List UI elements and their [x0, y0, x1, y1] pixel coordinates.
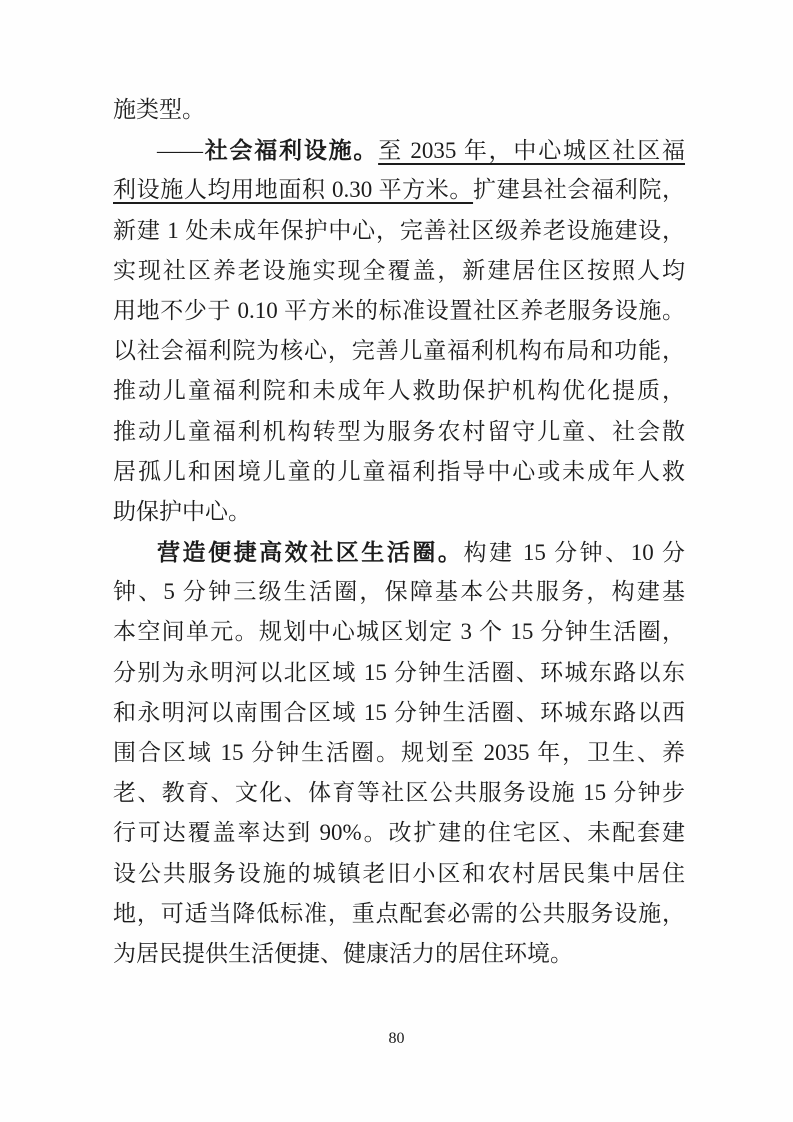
- body-text: 为居民提供生活便捷、健康活力的居住环境。: [113, 941, 573, 966]
- body-text: 新建 1 处未成年保护中心，完善社区级养老设施建设，: [113, 218, 685, 243]
- body-text: 助保护中心。: [113, 499, 251, 524]
- body-text: 推动儿童福利院和未成年人救助保护机构优化提质，: [113, 378, 685, 403]
- text-line: 居孤儿和困境儿童的儿童福利指导中心或未成年人救: [113, 452, 685, 492]
- body-text: 实现社区养老设施实现全覆盖，新建居住区按照人均: [113, 258, 685, 283]
- text-line: 和永明河以南围合区域 15 分钟生活圈、环城东路以西: [113, 693, 685, 733]
- text-line: 钟、5 分钟三级生活圈，保障基本公共服务，构建基: [113, 572, 685, 612]
- text-line: 新建 1 处未成年保护中心，完善社区级养老设施建设，: [113, 211, 685, 251]
- text-line: 推动儿童福利院和未成年人救助保护机构优化提质，: [113, 371, 685, 411]
- body-text: 行可达覆盖率达到 90%。改扩建的住宅区、未配套建: [113, 820, 685, 845]
- page-footer: 80: [0, 1030, 793, 1048]
- body-text: ——: [157, 138, 203, 163]
- text-line: ——社会福利设施。至 2035 年，中心城区社区福: [113, 130, 685, 170]
- text-line: 利设施人均用地面积 0.30 平方米。扩建县社会福利院，: [113, 170, 685, 210]
- text-line: 围合区域 15 分钟生活圈。规划至 2035 年，卫生、养: [113, 733, 685, 773]
- text-line: 老、教育、文化、体育等社区公共服务设施 15 分钟步: [113, 773, 685, 813]
- section-heading-text: 营造便捷高效社区生活圈。: [157, 539, 463, 565]
- text-line: 推动儿童福利机构转型为服务农村留守儿童、社会散: [113, 412, 685, 452]
- text-line: 施类型。: [113, 90, 685, 130]
- text-line: 设公共服务设施的城镇老旧小区和农村居民集中居住: [113, 854, 685, 894]
- body-text: 和永明河以南围合区域 15 分钟生活圈、环城东路以西: [113, 700, 685, 725]
- body-text: 围合区域 15 分钟生活圈。规划至 2035 年，卫生、养: [113, 740, 685, 765]
- paragraph-social-welfare-facilities: ——社会福利设施。至 2035 年，中心城区社区福利设施人均用地面积 0.30 …: [113, 130, 685, 532]
- document-page: { "document": { "colors": { "ink": "#1c1…: [0, 0, 793, 1122]
- body-text: 设公共服务设施的城镇老旧小区和农村居民集中居住: [113, 861, 685, 886]
- text-line: 助保护中心。: [113, 492, 685, 532]
- text-line: 营造便捷高效社区生活圈。构建 15 分钟、10 分: [113, 532, 685, 572]
- body-text: 居孤儿和困境儿童的儿童福利指导中心或未成年人救: [113, 459, 685, 484]
- body-text: 施类型。: [113, 97, 205, 122]
- paragraph-community-life-circle: 营造便捷高效社区生活圈。构建 15 分钟、10 分钟、5 分钟三级生活圈，保障基…: [113, 532, 685, 974]
- page-number: 80: [389, 1030, 405, 1048]
- text-line: 用地不少于 0.10 平方米的标准设置社区养老服务设施。: [113, 291, 685, 331]
- body-text: 推动儿童福利机构转型为服务农村留守儿童、社会散: [113, 419, 685, 444]
- page-background: 施类型。——社会福利设施。至 2035 年，中心城区社区福利设施人均用地面积 0…: [0, 0, 793, 1122]
- body-text: 老、教育、文化、体育等社区公共服务设施 15 分钟步: [113, 780, 685, 805]
- text-line: 实现社区养老设施实现全覆盖，新建居住区按照人均: [113, 251, 685, 291]
- body-text: 分别为永明河以北区域 15 分钟生活圈、环城东路以东: [113, 660, 685, 685]
- paragraph-continuation: 施类型。: [113, 90, 685, 130]
- underlined-target-text: 至 2035 年，中心城区社区福: [378, 138, 685, 163]
- body-text: 地，可适当降低标准，重点配套必需的公共服务设施，: [113, 901, 685, 926]
- underlined-target-text: 利设施人均用地面积 0.30 平方米。: [113, 177, 473, 202]
- text-body: 施类型。——社会福利设施。至 2035 年，中心城区社区福利设施人均用地面积 0…: [113, 90, 685, 974]
- text-line: 以社会福利院为核心，完善儿童福利机构布局和功能，: [113, 331, 685, 371]
- text-line: 为居民提供生活便捷、健康活力的居住环境。: [113, 934, 685, 974]
- body-text: 用地不少于 0.10 平方米的标准设置社区养老服务设施。: [113, 298, 685, 323]
- body-text: 以社会福利院为核心，完善儿童福利机构布局和功能，: [113, 338, 685, 363]
- body-text: 构建 15 分钟、10 分: [463, 540, 685, 565]
- body-text: 钟、5 分钟三级生活圈，保障基本公共服务，构建基: [113, 579, 685, 604]
- body-text: 本空间单元。规划中心城区划定 3 个 15 分钟生活圈，: [113, 619, 685, 644]
- body-text: 扩建县社会福利院，: [473, 177, 685, 202]
- text-line: 分别为永明河以北区域 15 分钟生活圈、环城东路以东: [113, 653, 685, 693]
- section-heading-text: 社会福利设施。: [203, 137, 378, 163]
- text-line: 地，可适当降低标准，重点配套必需的公共服务设施，: [113, 894, 685, 934]
- text-line: 行可达覆盖率达到 90%。改扩建的住宅区、未配套建: [113, 813, 685, 853]
- text-line: 本空间单元。规划中心城区划定 3 个 15 分钟生活圈，: [113, 612, 685, 652]
